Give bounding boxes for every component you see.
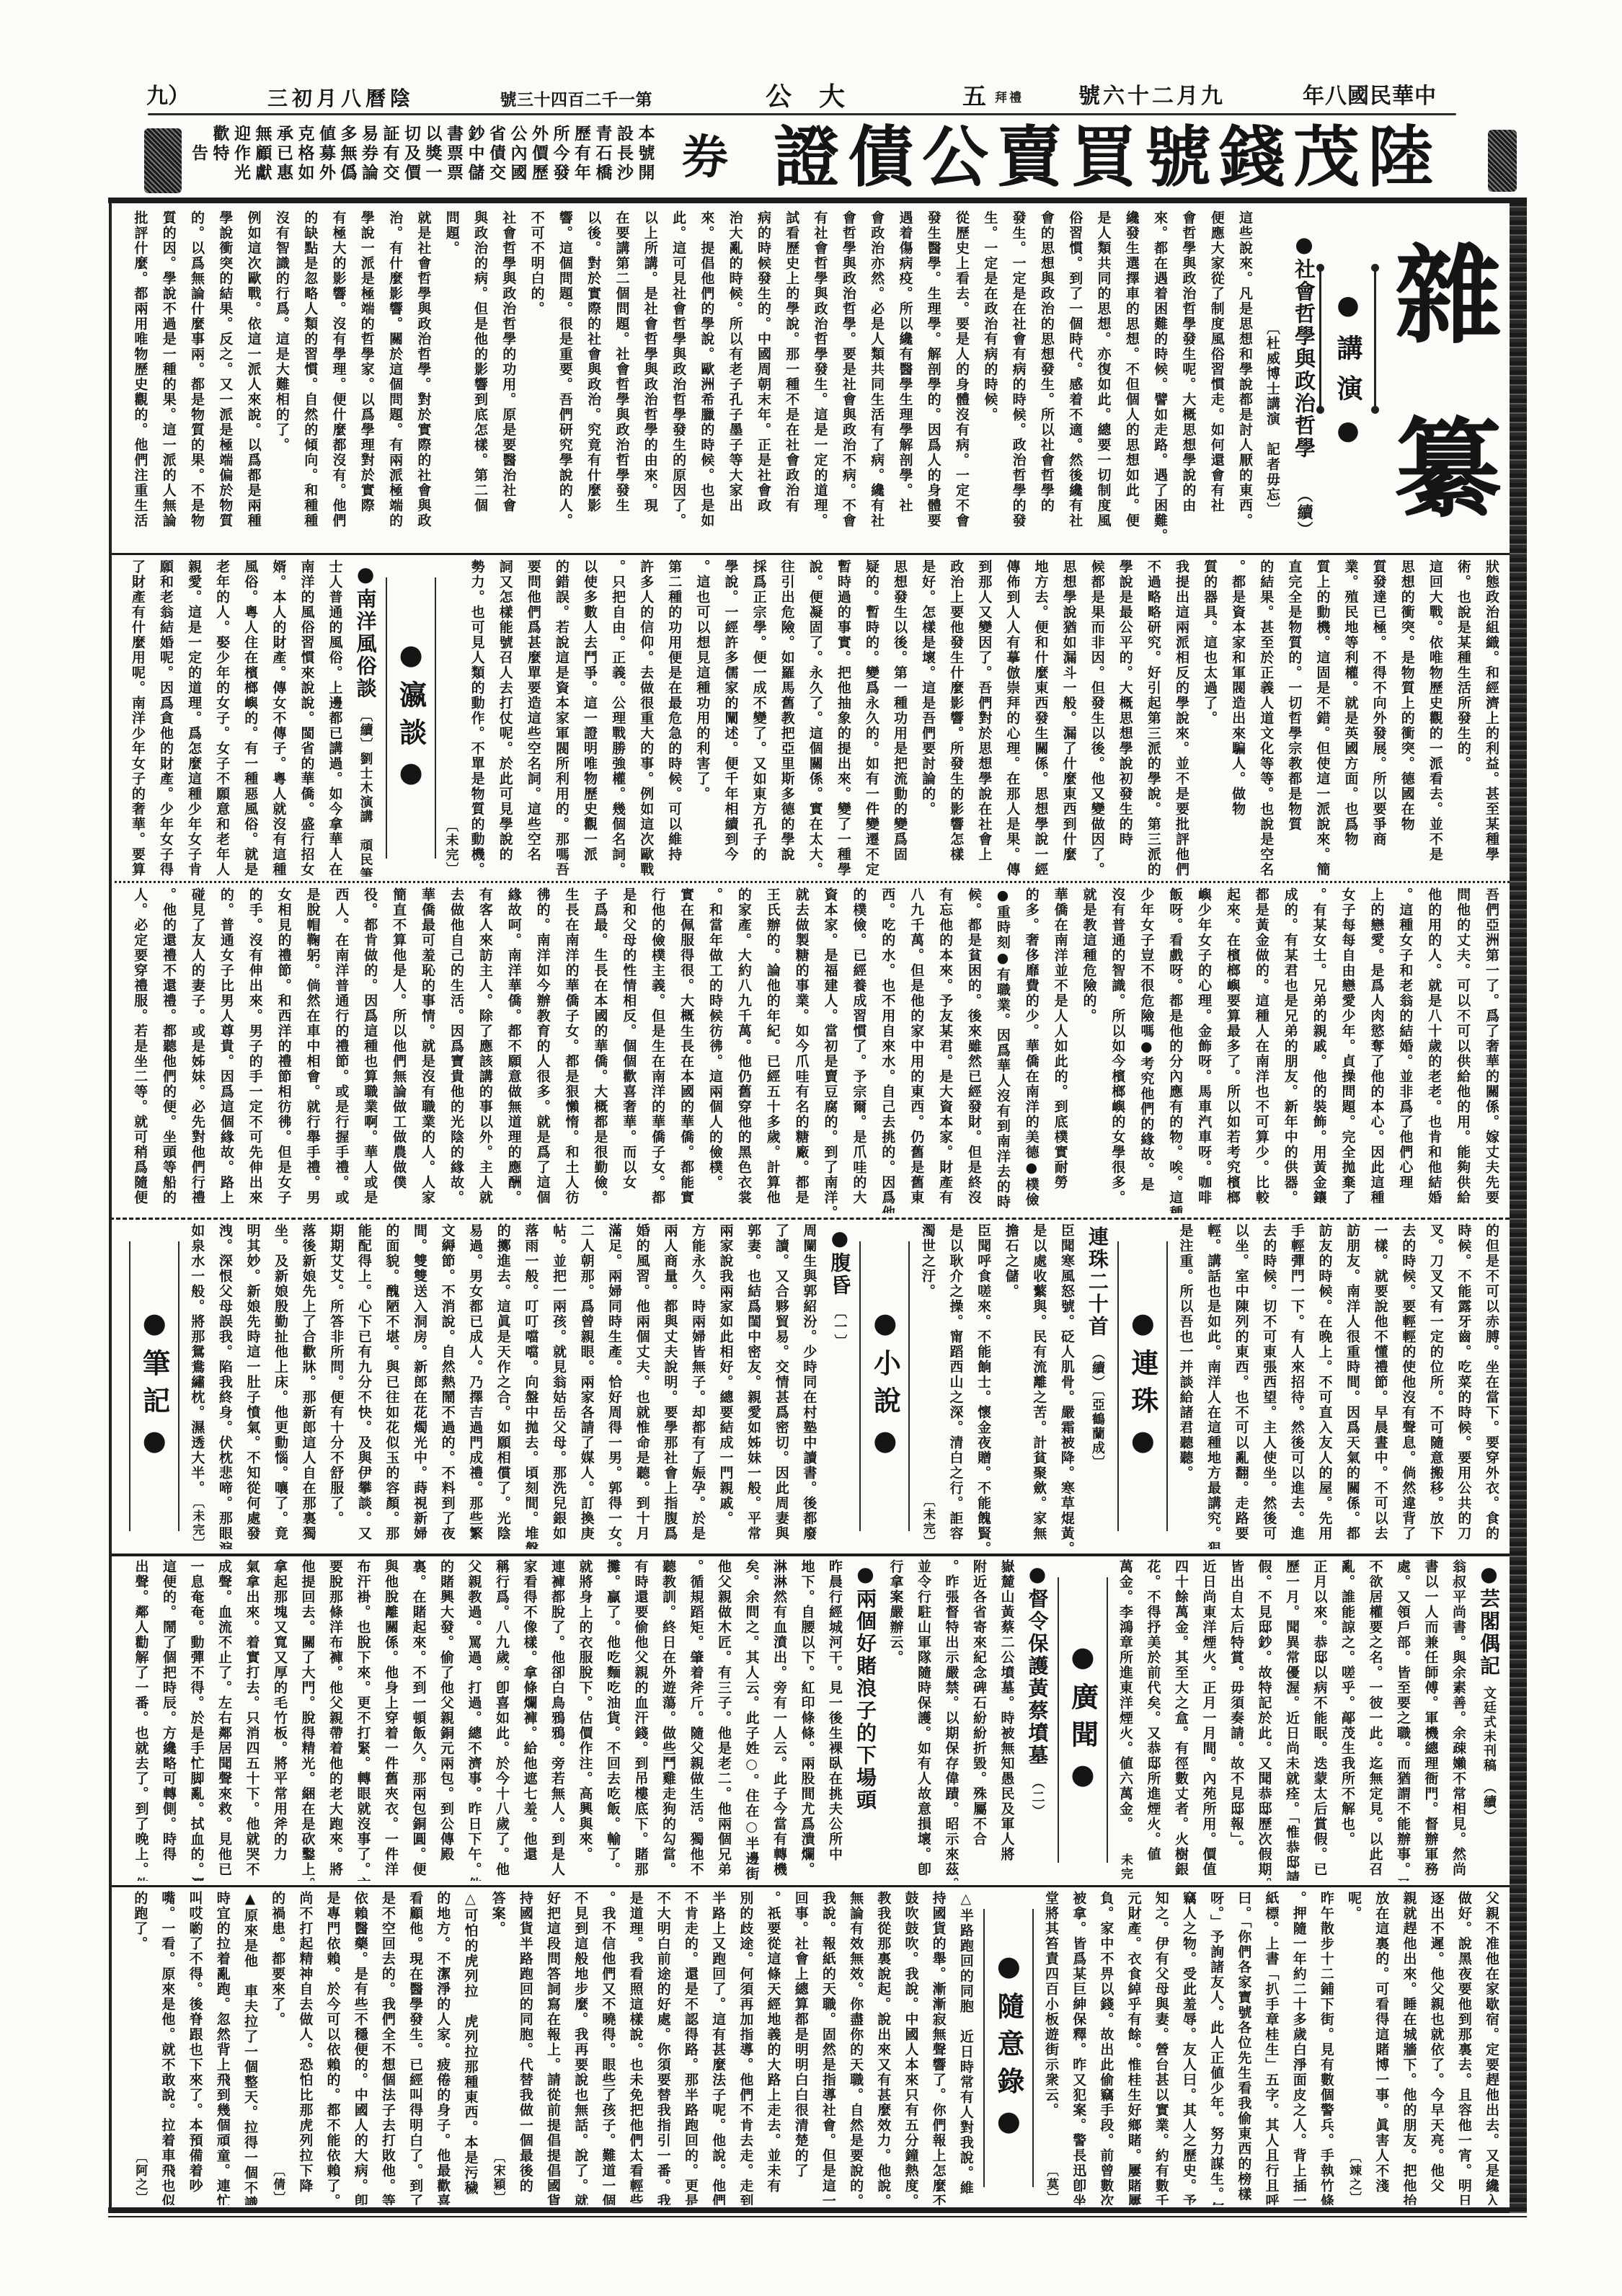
text-column: 來。提倡他們的學說。歐洲希臘的時候。也是如 (692, 210, 720, 549)
top-rule (108, 198, 1527, 203)
text-column: 的缺點是忽略人類的習慣。自然的傾向。和種種 (296, 210, 324, 549)
text-column: 處。又領戶部。皆至要之職。而猶謂不能辦事。又 (1389, 1559, 1417, 1881)
text-column: 落後新娘先上了合歡牀。那新郎這人自在那裏獨 (294, 1223, 322, 1549)
text-column: 學說。一經許多儒家的闡述。便千年相續到今 (716, 559, 744, 877)
text-column: 。祇要從這條天經地義的大路上走去。並未有 (759, 1891, 786, 2205)
text-column: 便應大家從了制度風俗習慣走。如何還會有社 (1202, 210, 1230, 549)
text-column: 是不空回去的。我們全不想個法子去打敗他。等 (374, 1891, 402, 2205)
text-column: 並令行駐山軍隊隨時保護。如有人故意損壞。卽 (910, 1559, 938, 1881)
text-column: 翁叔平尚書。與余素善。余疎嬾不常相見。然尚 (1445, 1559, 1473, 1881)
text-column: 是和父母的性情相反。個個歡喜奢華。而以女 (613, 887, 642, 1213)
text-column: 郭妻。也結爲閨中密友。親愛如姊妹一般。平常 (740, 1223, 768, 1549)
column-text: 答案。 (484, 1891, 511, 1936)
text-column: 纔發生選擇車的思想。不但個人的思想如此。便 (1117, 210, 1145, 549)
text-column: 間。雙雙送入洞房。新郎在花燭光中。蒔視新婦 (405, 1223, 433, 1549)
text-column: 兩家說我兩家如此相好。總要結成一門親戚。 (712, 1223, 740, 1549)
text-column: 滿足。兩婦同時生產。恰好周得一男。郭得一女。 (601, 1223, 629, 1549)
text-column: 如泉水一般。將那鴛鴦繡枕。濕透大半。〔未完〕 (183, 1223, 211, 1549)
text-column: 的賭興大發。偷了他父親銅元兩包。到公傳殿 (433, 1559, 461, 1881)
text-column: 候都是果而非因。但發生以後。他又變做因了。 (1083, 559, 1111, 877)
text-column: 的。以爲無論什麼事兩。都是物質的果。不是物 (182, 210, 210, 549)
column-text: ●南洋風俗談 (354, 562, 378, 700)
column-text: ●腹昏 (828, 1226, 851, 1297)
text-column: 易過。男女都已成人。乃擇吉過門成禮。那些繁 (461, 1223, 489, 1549)
text-column: 學說是最公平的。大概思想學說初發生的時 (1111, 559, 1139, 877)
page-number: （九 (146, 84, 190, 110)
text-column: 的地方。不潔淨的人家。疲倦的身子。他最歡喜 (429, 1891, 456, 2205)
text-column: 女相見的禮節。和西洋的禮節相彷彿。但是女子 (269, 887, 298, 1213)
text-column: 教我從那裏說起。說出來又有甚麼效力。他說。 (869, 1891, 897, 2205)
text-column: 願和老翁結婚呢。因爲貪他的財產。少年女子得 (151, 559, 180, 877)
text-column: 質的器具。這也太過了。 (1195, 559, 1223, 877)
text-column: 役。都肯做的。因爲這種也算職業啊。華人或是 (355, 887, 384, 1213)
text-column: 王氏辦的。論他的年紀。已經五十多歲。計算他 (758, 887, 786, 1213)
text-column: 成的。有某君也是兄弟的朋友。新年中的供器。 (1275, 887, 1304, 1213)
text-column: 別的歧途。何須再加指導。他們不肯去走。走到 (732, 1891, 759, 2205)
text-column: 他父親做木匠。有三子。他是老二。他兩個兄弟 (710, 1559, 738, 1881)
issue-number: 第一千二百四十三號 (500, 87, 653, 113)
text-column: 沒有智識的行爲。這是大難相的了。 (267, 210, 296, 549)
text-band-d: 的但是不可以赤膊。坐在當下。要穿外衣。食的時候。不能露牙齒。吃菜的時候。要用公共… (123, 1223, 1505, 1549)
text-column: 少年女子豈不很危險嗎●考究他們的緣故。是 (1131, 887, 1160, 1213)
text-column: 。循規蹈矩。肇着斧斤。隨父親做生活。獨他不 (682, 1559, 710, 1881)
text-column: 父親不准他在家歇宿。定要趕他出去。又是纔入 (1478, 1891, 1505, 2205)
text-column: 元財產。衣食綽乎有餘。惟桂生好鄉賭。屢賭屢 (1120, 1891, 1147, 2205)
text-column: 竊人之物。受此羞辱。友人曰。其人之歷史。予盡 (1175, 1891, 1202, 2205)
text-column: 子爲最。生長在本國的華僑。大概都是很勤儉。 (585, 887, 614, 1213)
text-column: 西。吃的水。也不用自來水。自己去挑的。因爲他 (872, 887, 901, 1213)
text-column: 擔石之儲。 (997, 1223, 1025, 1549)
text-column: 能配得上。心下已有九分不快。及與伊攀談。又 (350, 1223, 378, 1549)
text-column: 布汗褂。也脫下來。更不打緊。轉眼就沒事了。方 (349, 1559, 377, 1881)
text-column: 地下。自腰以下。紅印條條。兩股間尤爲潰爛。 (793, 1559, 821, 1881)
text-column: 逐出不遲。他父親也就依了。今早天亮。他父 (1422, 1891, 1450, 2205)
text-column: 的手。沒有伸出來。男子的手一定不可先伸出來 (240, 887, 269, 1213)
text-column: 華僑在南洋並不是人人如此的。到底樸實耐勞 (1045, 887, 1074, 1213)
text-column: 這些說來。凡是思想和學說都是討人厭的東西。 (1231, 210, 1259, 549)
text-column: 女子每每自由戀愛少年。貞操問題。完全拋棄了 (1333, 887, 1362, 1213)
text-column: 狀態政治組織。和經濟上的利益。甚至某種學 (1477, 559, 1505, 877)
article-title: 連珠二十首（續）〔亞鶴蘭成〕 (1081, 1223, 1114, 1549)
text-column: 緣故呵。南洋華僑。都不願意做無道理的應酬。 (499, 887, 528, 1213)
text-column: 的多。奢侈靡費的少。華僑在南洋的美德●樸儉 (1016, 887, 1045, 1213)
text-column: 響。這個問題。很是重要。吾們研究學說的人。 (551, 210, 579, 549)
end-note: 〔莫〕 (1037, 2164, 1065, 2205)
text-column: 第二種的功用便是在最危急的時候。可以維持 (660, 559, 688, 877)
text-column: 回事。社會上總算都是明明白白很清楚的了 (787, 1891, 815, 2205)
text-column: 他提回去。關了大門。脫得精光。綑在是砍鑿上。 (293, 1559, 322, 1881)
text-column: 風俗。粵人住在檳榔嶼的。有一種惡風俗。就是 (236, 559, 264, 877)
column-text: 的跑了。 (126, 1891, 154, 1951)
column-text: 萬金。李鴻章所進東洋煙火。値六萬金。 (1112, 1559, 1140, 1832)
text-column: 矣。余問之。其人云。此子姓○。住在○半邊街。 (737, 1559, 766, 1881)
text-column: 學說衝突的結果。反之。又一派是極端偏於物質 (210, 210, 239, 549)
text-column: 嶼少年女子的心理。金飾呀。馬車汽車呀。咖啡 (1189, 887, 1218, 1213)
text-column: ▲原來是他 車夫拉了一個整天。拉得一個不識 (236, 1891, 264, 2205)
text-column: 臣聞呼食嗟來。不能餉士。懷金夜贈。不能餽賢。 (970, 1223, 998, 1549)
text-column: 到那人又變因了。吾們對於思想學說在社會上 (970, 559, 998, 877)
decorative-rule (1374, 268, 1376, 409)
text-column: 暫時過的事實。把他抽象的提出來。變了一種學 (829, 559, 857, 877)
text-column: 起來。在檳榔嶼要算最多了。所以如若考究檳榔 (1218, 887, 1246, 1213)
text-column: 病的時候發生的。中國周朝末年。正是社會政 (749, 210, 777, 549)
text-band-e: ●芸閣偶記文廷式未刊稿 （續）翁叔平尚書。與余素善。余疎嬾不常相見。然尚書以一人… (123, 1559, 1505, 1881)
text-column: 我說。報紙的天職。固然是指導社會。但是這一 (815, 1891, 842, 2205)
text-column: 。和當年做工的時候彷彿。這兩個人的儉樸。 (700, 887, 729, 1213)
text-column: 親愛。這是一定的道理。爲怎麼這種少年女子肯 (180, 559, 208, 877)
text-column: 吾們亞洲第一了。爲了奢華的關係。嫁丈夫先要 (1476, 887, 1505, 1213)
title-suffix: （續） (1295, 487, 1313, 538)
text-column: 堂將其笞責四百小板遊街示衆云。〔莫〕 (1037, 1891, 1065, 2205)
text-column: 有社會哲學與政治哲學發生。這是一定的道理。 (805, 210, 833, 549)
column-text: 堂將其笞責四百小板遊街示衆云。 (1037, 1891, 1065, 2118)
text-column: 彿的。南洋如今辦教育的人很多。就是爲了這個 (528, 887, 557, 1213)
text-column: 以後。對於實際的社會與政治。究竟有什麼影 (579, 210, 607, 549)
text-column: 直完全是物質的。一切哲學宗教都是物質 (1280, 559, 1308, 877)
weekday: 五 (962, 84, 986, 110)
text-column: 是以處收蘩與。民有流離之苦。計貧聚歛。家無 (1025, 1223, 1053, 1549)
text-column: 這便的。鬧了個把時辰。方纔略可轉側。時得 (155, 1559, 183, 1881)
text-column: 尚不打起精神自去做人。恐怕比那虎列拉下降 (291, 1891, 319, 2205)
bottom-rule (108, 2216, 1527, 2217)
column-text: 如泉水一般。將那鴛鴦繡枕。濕透大半。 (183, 1223, 211, 1496)
text-column: 婚的風習。他兩個丈夫。也就惟命是聽。到十月 (628, 1223, 656, 1549)
bottom-rule (108, 2207, 1527, 2213)
text-column: 持國貨的舉。漸漸寂無聲響了。你們報上怎麼不 (924, 1891, 952, 2205)
text-column: 他的用的人。就是八十歲的老老。也肯和他結婚 (1419, 887, 1448, 1213)
article-title: ●社會哲學與政治哲學（續） (1288, 232, 1321, 542)
text-column: 呢。〔竦之〕 (1340, 1891, 1368, 2205)
text-column: 的面貌。醜陋不堪。與已往如花似玉的容顏。那 (378, 1223, 406, 1549)
text-column: 。這種女子和老翁的結婚。並非爲了他們心理 (1390, 887, 1419, 1213)
text-column: 家看得不像樣。拿條爛褲。給他遮七羞。他還 (515, 1559, 544, 1881)
text-column: 去做他自己的生活。因爲寶貴他的光陰的緣故。 (441, 887, 470, 1213)
text-column: 沒有普通的智識。所以如今檳榔嶼的女學很多。 (1103, 887, 1132, 1213)
text-column: 萬金。李鴻章所進東洋煙火。値六萬金。未完 (1112, 1559, 1140, 1881)
text-column: 假。不見邸鈔。故特記於此。又聞恭邸歷次假期。 (1250, 1559, 1278, 1881)
text-column: 知之。伊有父母與妻。營台甚以實業。約有數千 (1148, 1891, 1175, 2205)
column-text: ●督令保護黃蔡墳墓 (1026, 1562, 1050, 1767)
text-column: 生。一定是在政治有病的時候。 (975, 210, 1003, 549)
text-column: 飯呀。看戲呀。都是他的分內應有的物。唉。這種 (1160, 887, 1189, 1213)
title-suffix: （續）〔亞鶴蘭成〕 (1090, 1347, 1105, 1470)
text-column: 質的因。學說不過是一種的果。這一派的人無論 (154, 210, 182, 549)
text-column: 拿起那塊又寬又厚的毛竹板。將平常用斧的力 (266, 1559, 294, 1881)
text-column: 往引出危險。如羅馬舊教把亞里斯多德的學說 (773, 559, 801, 877)
text-column: 歷一月。聞異常優渥。近日尚未就痊。「惟恭邸請 (1278, 1559, 1306, 1881)
text-column: 不過略略研究。好引起第三派的學說。第三派的 (1139, 559, 1167, 877)
text-column: 是專門依賴。於今可以依賴的。都不能依賴了。 (319, 1891, 346, 2205)
month-day: 九月二十六號 (1078, 84, 1226, 110)
text-column: 思想學說猶如漏斗一般。漏了什麼東西到什麼 (1055, 559, 1083, 877)
text-column: 。我不信他們又不曉得。眼些了孩子。難道一個 (594, 1891, 621, 2205)
text-column: 一樣。就要說他不懂禮節。早晨晝中。不可以去 (1366, 1223, 1394, 1549)
section-header: ●小說● (859, 1241, 910, 1531)
title-text: ●社會哲學與政治哲學 (1292, 232, 1316, 459)
section-header: ●瀛談● (386, 577, 436, 859)
text-column: 不欲居權要之名。一彼一此。迄無定見。以此召 (1361, 1559, 1389, 1881)
text-column: 生長在南洋的華僑子女。都是狠懶惰。和土人彷 (557, 887, 585, 1213)
text-column: 碰見了友人的妻子。或是姊妹。必先對他們行禮 (182, 887, 211, 1213)
end-note: 未完 (1112, 1853, 1140, 1881)
text-column: △可怕的虎列拉 虎列拉那種東西。本是污穢 (456, 1891, 484, 2205)
advert-text-row: 開沙橋年發歷國交儲票一價交論僞外如惠獻光 (234, 164, 660, 182)
band-divider (110, 553, 1510, 555)
band-divider (110, 881, 1510, 883)
text-column: 都是黃金做的。這種人在南洋也不可算少。比較 (1246, 887, 1275, 1213)
column-text: 濁世之汙。 (913, 1223, 941, 1299)
text-column: 有客人來訪主人。除了應該講的事以外。主人就 (470, 887, 499, 1213)
weekday-label: 禮拜 (995, 85, 1024, 111)
text-column: 是脫帽鞠躬。倘然在車中相會。就行舉手禮。男 (298, 887, 327, 1213)
text-column: 八九千萬。但是他的家中用的東西。仍舊是舊東 (901, 887, 930, 1213)
text-column: 正月以來。恭邸以病不能眠。迭蒙太后賞假。已 (1306, 1559, 1334, 1881)
text-column: 洩。深恨父母誤我。陷我終身。伏枕悲啼。那眼淚 (210, 1223, 239, 1549)
text-column: 遇着傷病疫。所以纔有醫學生理學解剖學。社 (890, 210, 918, 549)
masthead-divider (148, 113, 1456, 115)
text-column: 人。必定要穿禮服。若是坐二等。就可稍爲隨便 (125, 887, 154, 1213)
text-column: 就是教這種危險的。 (1074, 887, 1103, 1213)
advert-title-tail: 券 (682, 133, 728, 183)
text-column: 就將身上的衣服脫下。估價作注。高興與來。 (571, 1559, 599, 1881)
text-column: 二人朝那。爲曾親眼。兩家各請了媒人。訂換庚 (572, 1223, 601, 1549)
text-column: 期期艾艾。所答非所問。便有十分不舒服了。 (322, 1223, 350, 1549)
column-text: 呢。 (1340, 1891, 1368, 1921)
text-column: 皆出自太后特賞。毋須奏請。故不見邸報」。 (1223, 1559, 1251, 1881)
text-column: 周闌生與郭紹汾。少時同在村塾中讀書。後都廢 (795, 1223, 823, 1549)
newspaper-name: 大公 (766, 84, 872, 110)
end-note: 〔阿之〕 (126, 2150, 154, 2205)
text-column: 上的戀愛。是爲人肉慾奪了他的本心。因此這種 (1362, 887, 1391, 1213)
text-column: 有忘他的本來。予友某君。是大資本家。財產有 (930, 887, 959, 1213)
text-band-a: 這些說來。凡是思想和學說都是討人厭的東西。便應大家從了制度風俗習慣走。如何還會有… (123, 210, 1259, 549)
text-column: 以上所講。是社會哲學與政治哲學的由來。現 (635, 210, 663, 549)
republic-year: 中華民國八年 (1303, 84, 1437, 110)
text-column: 輕。講話也是如此。南洋人在這種地方最講究。狠 (1199, 1223, 1227, 1549)
article-title: ●南洋風俗談〔續〕劉士木演講 頑民筆記 (349, 559, 382, 877)
text-column: 濁世之汙。〔未完〕 (913, 1223, 941, 1549)
text-column: 好把這段問答詞寫在報上。請從前提倡提倡國貨 (539, 1891, 567, 2205)
text-column: 。有某女士。兄弟的親戚。他的裝飾。用黃金鑲 (1304, 887, 1333, 1213)
text-column: 呀。」予詢諸友人。此人正値少年。努力謀生。何必 (1202, 1891, 1230, 2205)
text-column: 叫哎喲了不得。後脊跟也下來了。本預備着吵 (181, 1891, 208, 2205)
text-column: 四十餘萬金。其至大之盒。有徑數丈者。火樹銀 (1167, 1559, 1195, 1881)
text-column: 批評什麼。都兩用唯物歷史觀的。他們注重生活 (125, 210, 154, 549)
text-column: 發生醫學。生理學。解剖學的。因爲人的身體要 (918, 210, 947, 549)
text-column: 不可不明白的。 (522, 210, 550, 549)
text-column: 氣拿出來。着實打去。只消四五十下。他就哭不 (238, 1559, 266, 1881)
text-column: 政治上要他發生什麼影響。所發生的影響怎樣 (941, 559, 970, 877)
text-column: 例如這次歐戰。依這一派人來說。以爲都是兩種 (239, 210, 267, 549)
title-suffix: 〔一〕 (832, 1306, 847, 1349)
text-column: 不見到這般地步麼。我再要說也無話。說了。就 (567, 1891, 594, 2205)
text-column: 放在這裏的。可看得這賭博一事。眞害人不淺 (1368, 1891, 1395, 2205)
text-column: 實在佩服得很。大概生長在本國的華僑。都能實 (671, 887, 700, 1213)
title-suffix: 〔續〕劉士木演講 頑民筆記 (358, 709, 373, 877)
column-text: 連珠二十首 (1086, 1226, 1109, 1338)
end-note: 〔未完〕 (440, 559, 463, 877)
text-column: 與他脫離關係。他身上穿着一件舊夾衣。一件洋 (377, 1559, 405, 1881)
article-title: ●芸閣偶記文廷式未刊稿 （續） (1472, 1559, 1505, 1881)
text-column: 持國貨半路跑回的同胞。代替我做一個最後的 (512, 1891, 539, 2205)
text-column: 有極大的影響。沒有學理。便什麼都沒有。他們 (324, 210, 352, 549)
text-column: 了讀。又合夥貿易。交情甚爲密切。因此周妻與 (767, 1223, 795, 1549)
text-column: 。押隨一年約二十多歲白淨面皮之人。背上插一 (1285, 1891, 1313, 2205)
text-column: 手輕彈門一下。有人來招待。然後可以進去。進 (1282, 1223, 1311, 1549)
text-column: 亂。誰能諒之。嗟乎。鄗茂生我所不解也。 (1334, 1559, 1362, 1881)
text-column: 臣聞寒風怒號。砭人肌骨。嚴霜被降。寒草焜黃。 (1052, 1223, 1081, 1549)
text-column: 治。有什麼影響。關於這個問題。有兩派極端的 (381, 210, 409, 549)
text-column: 社會哲學與政治哲學的功用。原是要醫治社會 (494, 210, 522, 549)
text-column: 質發達已極。不得不向外發展。所以要爭商 (1365, 559, 1393, 877)
text-column: 裏。在賭起來。不到一頓飯久。那兩包銅圓。便 (404, 1559, 433, 1881)
text-column: 要問他們爲甚麼單要造這些空名詞。這些空名 (519, 559, 547, 877)
text-column: 就去做製糖的事業。如今爪哇有名的糖廠。都是 (786, 887, 815, 1213)
section-header: ●連珠● (1117, 1241, 1168, 1531)
text-column: 以使多數人去鬥爭。這一證明唯物歷史觀一派 (575, 559, 603, 877)
text-column: 資本家。是福建人。當初是賣豆腐的。到了南洋。 (815, 887, 844, 1213)
text-column: 看顧他。現在醫學發生。已經叫得明白了。到了 (402, 1891, 429, 2205)
binding-edge (1510, 202, 1527, 2213)
text-column: 紙標。上書「扒手章桂生」五字。其人且行且呼 (1257, 1891, 1285, 2205)
text-column: 昨午散步十二鋪下街。見有數個警兵。手執竹條 (1313, 1891, 1340, 2205)
text-column: 。這也可以想見這種功用的利害了。 (688, 559, 716, 877)
text-column: 嶽麓山黃蔡二公墳墓。時被無知愚民及軍人將 (993, 1559, 1021, 1881)
text-column: 以坐。室中陳列的東西。也不可以亂翻。走路要 (1227, 1223, 1255, 1549)
text-column: 叉。刀叉又有一定的位所。不可隨意搬移。放下 (1422, 1223, 1450, 1549)
text-column: 地方去。便和什麼東西發生關係。思想學說一經 (1026, 559, 1054, 877)
text-column: 會哲學與政治哲學。要是社會與政治不病。不會 (834, 210, 862, 549)
text-column: 方能永久。時兩婦皆無子。却都有了娠孕。於是 (683, 1223, 712, 1549)
text-column: 時候。不能露牙齒。吃菜的時候。要用公共的刀 (1450, 1223, 1478, 1549)
band-divider (110, 1885, 1510, 1887)
article-title: ●腹昏〔一〕 (823, 1223, 856, 1549)
text-column: 依賴醫藥。是有些不穩便的。中國人的大病。卽 (347, 1891, 374, 2205)
text-column: 的家產。大約八九千萬。他仍舊穿他的黑色衣裳 (729, 887, 758, 1213)
text-column: 不大明白前途的好處。你須要替我指引一番。我 (650, 1891, 677, 2205)
text-column: 出聲。鄰人勸解了一番。也就去了。到了晚上。他 (127, 1559, 155, 1881)
text-column: 會的思想與政治的思想發生。所以社會哲學的 (1032, 210, 1060, 549)
text-column: 在要講第二個問題。社會哲學與政治哲學發生 (607, 210, 635, 549)
text-column: 士人普通的風俗。上邊都已講過。如今拿華人在 (320, 559, 348, 877)
text-column: 書以一人而兼任師傅。軍機總理衙門。督辦軍務 (1417, 1559, 1445, 1881)
text-column: 是好。怎樣是壞。這是吾們要討論的。 (913, 559, 941, 877)
text-column: 了財產有什麼用呢。南洋少年女子的奢華。要算 (123, 559, 151, 877)
text-column: 鼓吹鼓吹。我說。中國人本來只有五分鐘熱度。 (897, 1891, 924, 2205)
text-column: 去的時候。要輕輕的使他沒有聲息。倘然違背了 (1394, 1223, 1422, 1549)
text-column: 是注重。所以吾也一并談給諸君聽聽。 (1171, 1223, 1200, 1549)
ornament-icon (1488, 130, 1517, 192)
text-column: 質上的動機。這固是不錯。但使這一派說來。簡 (1308, 559, 1336, 877)
text-column: 成聲。血流不止了。左右鄰居聞聲來救。見他已 (210, 1559, 239, 1881)
column-text: ●芸閣偶記 (1477, 1562, 1501, 1677)
article-title: ●兩個好賭浪子的下場頭 (848, 1559, 882, 1881)
text-column: 半路上又跑回了。這有甚麼法子呢。他說。他們 (704, 1891, 732, 2205)
text-column: 是人類共同的思想。亦復如此。總要一切制度風 (1089, 210, 1117, 549)
text-column: 有時還要偷他父親的血汗錢。到吊樓底下。賭那 (626, 1559, 655, 1881)
text-column: 學說一派是極端的哲學家。以爲學理對於實際 (353, 210, 381, 549)
left-border (109, 202, 112, 2213)
text-column: 曰。「你們各家寶號各位先生看我偷東西的榜樣 (1230, 1891, 1257, 2205)
text-column: 的樸儉。已經養成習慣了。予宗爾。是爪哇的大 (844, 887, 873, 1213)
text-column: 業。殖民地等利權。就是英國方面。也爲物 (1336, 559, 1364, 877)
text-column: 。只把自由。正義。公理戰勝強權。幾個名詞。可 (603, 559, 631, 877)
text-column: 與政治的病。但是他的影響到底怎樣。第二個 (466, 210, 494, 549)
title-suffix: （二） (1030, 1776, 1045, 1819)
text-column: 。昨張督特出示嚴禁。以期保存偉蹟。昭示來茲。 (937, 1559, 965, 1881)
text-column: 親就趕他出來。睡在城牆下。他的朋友。把他抬 (1395, 1891, 1422, 2205)
text-column: 治大亂的時候。所以有老子孔子墨子等大家出 (720, 210, 748, 549)
text-column: 兩人商量。都與丈夫說明。要學那社會上指腹爲 (656, 1223, 684, 1549)
text-column: 明其妙。新娘先時這一肚子憤氣。不知從何處發 (239, 1223, 267, 1549)
text-column: 採爲正宗學。便一成不變了。又如東方孔子的 (744, 559, 772, 877)
text-column: 這回大戰。依唯物歷史觀的一派看去。並不是 (1421, 559, 1449, 877)
text-column: 就是社會哲學與政治哲學。對於實際的社會與政 (409, 210, 437, 549)
text-column: 俗習慣。到了一個時代。感着不適。然後纔有社 (1060, 210, 1089, 549)
text-column: 會政治亦然。必是人類共同生活有了病。纔有社 (862, 210, 890, 549)
text-column: 落雨一般。叮叮噹噹。向盤中拋去。頃刻間。堆盤 (517, 1223, 545, 1549)
text-column: 。都是資本家和軍閥造出來騙人。做物 (1223, 559, 1251, 877)
end-note: 〔未完〕 (913, 1494, 941, 1549)
text-column: 無論有效無效。你盡你的天職。自然是要說的。 (842, 1891, 869, 2205)
text-column: 負。家中不畀以錢。故出此偷竊手段。前曾數次 (1092, 1891, 1120, 2205)
text-column: 問題。 (437, 210, 465, 549)
text-column: 詞又怎樣能號召人去打仗呢。於此可見學說的 (491, 559, 519, 877)
text-column: 坐。及新娘殷勤扯他上床。他更動惱。嚷了。竟 (266, 1223, 294, 1549)
text-column: 訪友的時候。在晚上。不可直入友人的屋。先用 (1311, 1223, 1339, 1549)
text-column: 花。不得抒美於前代矣。又恭邸所進煙火。値 (1139, 1559, 1167, 1881)
text-column: 說。便凝固了。永久了。這個關係。實在太大。往 (801, 559, 829, 877)
text-column: 簡直不算他是人。所以他們無論做工做農做僕 (384, 887, 412, 1213)
advert-title: 陸茂錢號買賣公債證 (774, 120, 1442, 195)
text-column: 做好。說黑夜要他到那裏去。且容他一宵。明日 (1450, 1891, 1478, 2205)
text-band-f: 父親不准他在家歇宿。定要趕他出去。又是纔入做好。說黑夜要他到那裏去。且容他一宵。… (123, 1891, 1505, 2205)
text-column: 近日尚東洋煙火。正月一月間。內苑所用。價值 (1195, 1559, 1223, 1881)
text-column: △半路跑回的同胞 近日時常有人對我說。維 (952, 1891, 980, 2205)
section-header: ●廣聞● (1058, 1577, 1108, 1863)
text-column: 的。普通女子比男人尊貴。因爲這個緣故。路上 (211, 887, 240, 1213)
column-text: 的禍患。都要來了。 (264, 1891, 291, 2027)
text-column: 的但是不可以赤膊。坐在當下。要穿外衣。食的 (1477, 1223, 1505, 1549)
advert-text-row: 號長石有今價內債中票獎及有券無募格已顧作特告 (192, 144, 660, 163)
text-band-c: 吾們亞洲第一了。爲了奢華的關係。嫁丈夫先要問他的丈夫。可以不可以供給他的用。能夠… (123, 887, 1505, 1213)
text-column: 昨晨行經城河干。見一後生裸臥在挑夫公所中 (821, 1559, 849, 1881)
text-column: 的結果。甚至於正義人道文化等等。也說是空名詞 (1251, 559, 1280, 877)
text-column: 是道理。我看照這樣說。也未免把他們太看輕些 (621, 1891, 649, 2205)
band-divider (110, 1553, 1510, 1556)
text-column: 發生。一定是在社會有病的時候。政治哲學的發 (1003, 210, 1032, 549)
text-column: 勢力。也可見人類的動作。不單是物質的動機。 (463, 559, 491, 877)
text-column: 聽教訓。終日在外遊蕩。做些鬥雞走狗的勾當。 (655, 1559, 683, 1881)
text-column: 。他的還禮不還禮。都聽他們的便。坐頭等船的 (154, 887, 182, 1213)
text-column: 來。都在遇着困難的時候。譬如走路。遇了困難。 (1145, 210, 1174, 549)
text-column: 思想發生以後。第一種功用是把流動的變爲固 (885, 559, 913, 877)
text-column: 的錯誤。若說這是資本家軍閥所利用的。那嗎吾 (547, 559, 575, 877)
text-column: 許多人的信仰。去做很重大的事。例如這次歐戰 (631, 559, 660, 877)
text-column: 華僑最可羞恥的事情。就是沒有職業的人。人家 (412, 887, 441, 1213)
text-column: 訪朋友。南洋人很重時間。因爲天氣的關係。都 (1338, 1223, 1366, 1549)
article-title: ●督令保護黃蔡墳墓（二） (1021, 1559, 1054, 1881)
lecture-category-header: ●講演● (1332, 290, 1364, 470)
text-column: 攤。贏了。他吃麵吃油貨。不回去吃飯。輸了。 (599, 1559, 627, 1881)
text-column: 嘴。一看。原來是他。就不敢說。拉着車飛也似 (154, 1891, 181, 2205)
text-column: 的禍患。都要來了。〔倩〕 (264, 1891, 291, 2205)
text-column: 的擲進去。這眞是天作之合。如願相償了。光陰 (489, 1223, 517, 1549)
text-column: 要脫那條洋布褲。他父親帶着他的老大跑來。將 (322, 1559, 350, 1881)
text-band-b: 狀態政治組織。和經濟上的利益。甚至某種學術。也說是某種生活所發生的。這回大戰。依… (123, 559, 1505, 877)
section-header: ●筆記● (129, 1241, 180, 1531)
text-column: 思想的衝突。是物質上的衝突。德國在物 (1393, 559, 1421, 877)
